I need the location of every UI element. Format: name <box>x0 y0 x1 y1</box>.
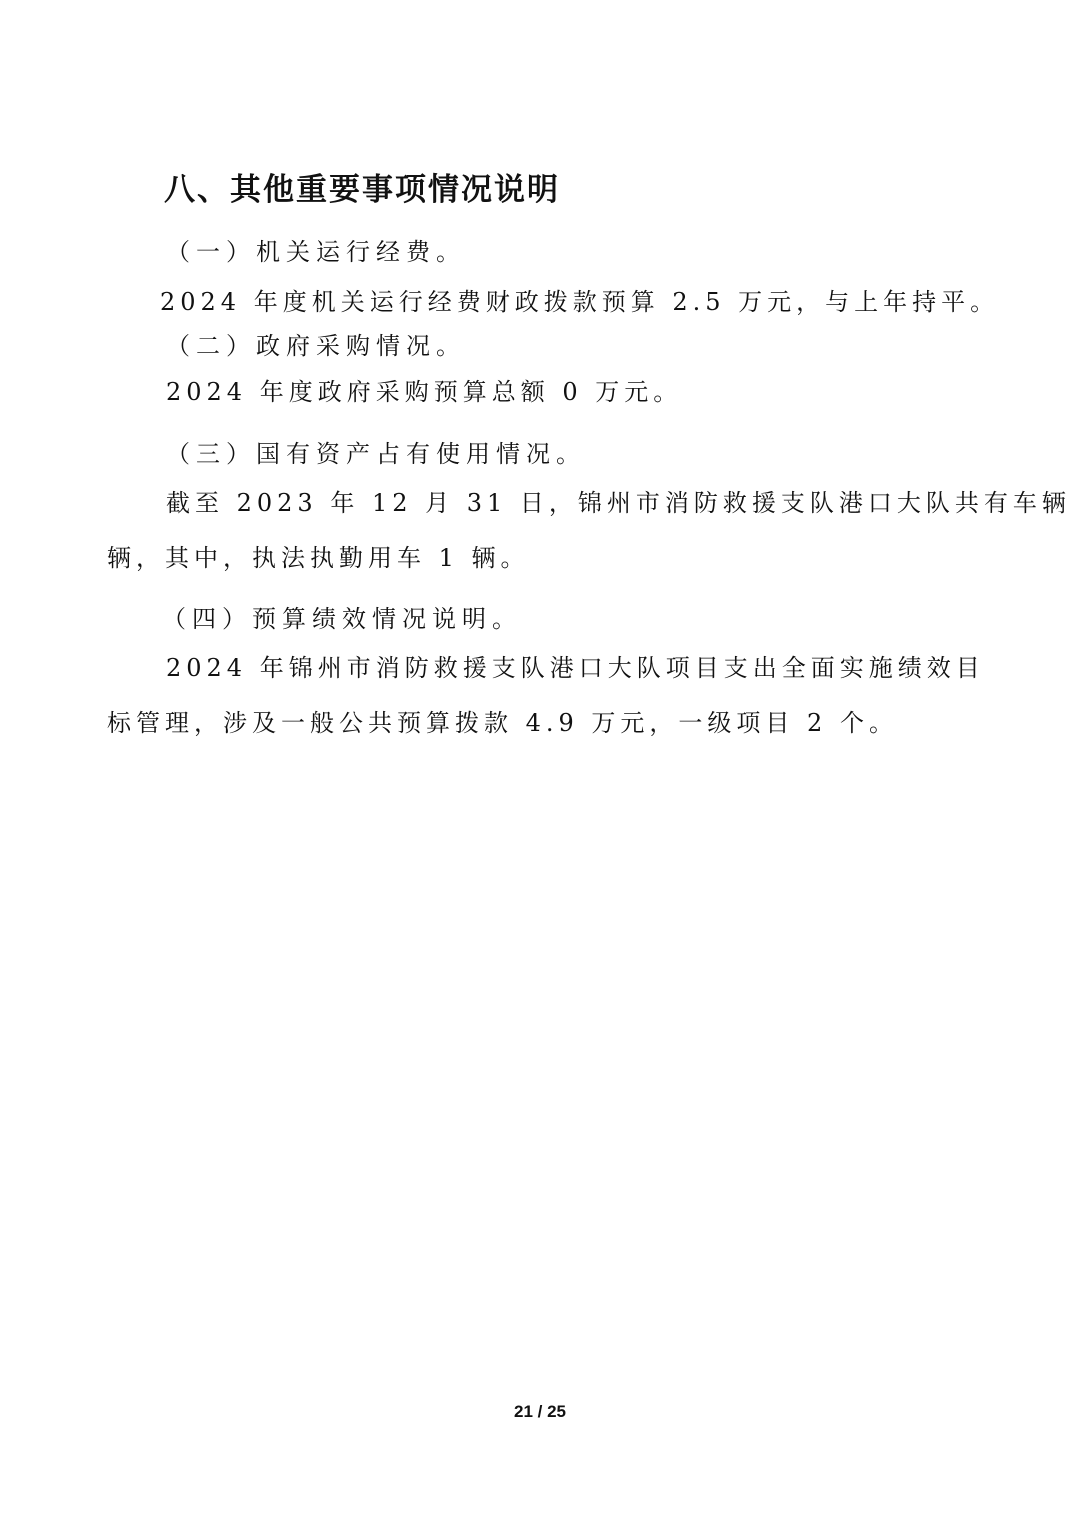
subsection-title-3: （三）国有资产占有使用情况。 <box>166 434 586 469</box>
paragraph-3-line-2: 辆，其中，执法执勤用车 1 辆。 <box>107 538 530 573</box>
subsection-title-4: （四）预算绩效情况说明。 <box>162 599 522 634</box>
page-number: 21 / 25 <box>0 1402 1080 1422</box>
subsection-title-1: （一）机关运行经费。 <box>166 232 466 267</box>
paragraph-2: 2024 年度政府采购预算总额 0 万元。 <box>166 372 682 407</box>
section-heading: 八、其他重要事项情况说明 <box>164 164 560 209</box>
paragraph-3-line-1: 截至 2023 年 12 月 31 日，锦州市消防救援支队港口大队共有车辆 1 <box>166 483 1080 518</box>
paragraph-4-line-2: 标管理，涉及一般公共预算拨款 4.9 万元，一级项目 2 个。 <box>107 703 898 738</box>
subsection-title-2: （二）政府采购情况。 <box>166 326 466 361</box>
paragraph-4-line-1: 2024 年锦州市消防救援支队港口大队项目支出全面实施绩效目 <box>166 648 985 683</box>
paragraph-1: 2024 年度机关运行经费财政拨款预算 2.5 万元，与上年持平。 <box>160 282 999 317</box>
